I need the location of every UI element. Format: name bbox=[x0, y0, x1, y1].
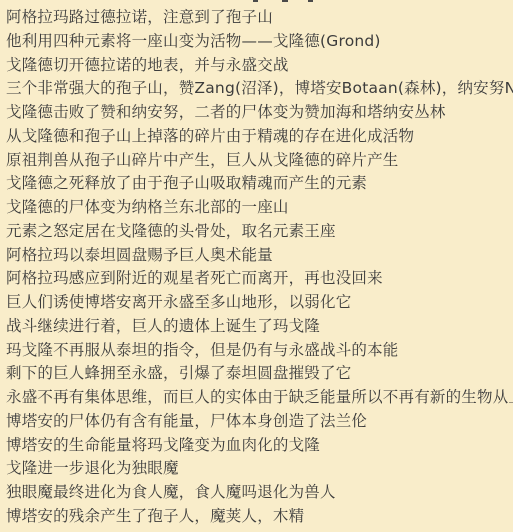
lore-line: 玛戈隆不再服从泰坦的指令，但是仍有与永盛战斗的本能 bbox=[6, 339, 513, 363]
lore-notes-page: 阿格拉玛路过德拉诺，注意到了孢子山他利用四种元素将一座山变为活物——戈隆德(Gr… bbox=[0, 0, 513, 532]
lore-lines: 阿格拉玛路过德拉诺，注意到了孢子山他利用四种元素将一座山变为活物——戈隆德(Gr… bbox=[6, 6, 513, 529]
lore-line: 戈隆进一步退化为独眼魔 bbox=[6, 457, 513, 481]
lore-line: 戈隆德的尸体变为纳格兰东北部的一座山 bbox=[6, 196, 513, 220]
lore-line: 戈隆德切开德拉诺的地表，并与永盛交战 bbox=[6, 54, 513, 78]
lore-line: 巨人们诱使博塔安离开永盛至多山地形，以弱化它 bbox=[6, 291, 513, 315]
lore-line: 博塔安的尸体仍有含有能量，尸体本身创造了法兰伦 bbox=[6, 410, 513, 434]
lore-line: 三个非常强大的孢子山，赞Zang(沼泽)，博塔安Botaan(森林)，纳安努Na… bbox=[6, 77, 513, 101]
lore-line: 戈隆德之死释放了由于孢子山吸取精魂而产生的元素 bbox=[6, 172, 513, 196]
lore-line: 博塔安的生命能量将玛戈隆变为血肉化的戈隆 bbox=[6, 434, 513, 458]
lore-line: 剩下的巨人蜂拥至永盛，引爆了泰坦圆盘摧毁了它 bbox=[6, 362, 513, 386]
lore-line: 戈隆德击败了赞和纳安努，二者的尸体变为赞加海和塔纳安丛林 bbox=[6, 101, 513, 125]
clipped-previous-line bbox=[0, 0, 513, 2]
lore-line: 永盛不再有集体思维，而巨人的实体由于缺乏能量所以不再有新的生物从上面产生 bbox=[6, 386, 513, 410]
lore-line: 博塔安的残余产生了孢子人，魔荚人，木精 bbox=[6, 505, 513, 529]
lore-line: 阿格拉玛路过德拉诺，注意到了孢子山 bbox=[6, 6, 513, 30]
lore-line: 阿格拉玛以泰坦圆盘赐予巨人奥术能量 bbox=[6, 244, 513, 268]
lore-line: 阿格拉玛感应到附近的观星者死亡而离开，再也没回来 bbox=[6, 267, 513, 291]
lore-line: 战斗继续进行着，巨人的遗体上诞生了玛戈隆 bbox=[6, 315, 513, 339]
lore-line: 原祖荆兽从孢子山碎片中产生，巨人从戈隆德的碎片产生 bbox=[6, 149, 513, 173]
lore-line: 从戈隆德和孢子山上掉落的碎片由于精魂的存在进化成活物 bbox=[6, 125, 513, 149]
lore-line: 独眼魔最终进化为食人魔，食人魔吗退化为兽人 bbox=[6, 481, 513, 505]
lore-line: 他利用四种元素将一座山变为活物——戈隆德(Grond) bbox=[6, 30, 513, 54]
lore-line: 元素之怒定居在戈隆德的头骨处，取名元素王座 bbox=[6, 220, 513, 244]
